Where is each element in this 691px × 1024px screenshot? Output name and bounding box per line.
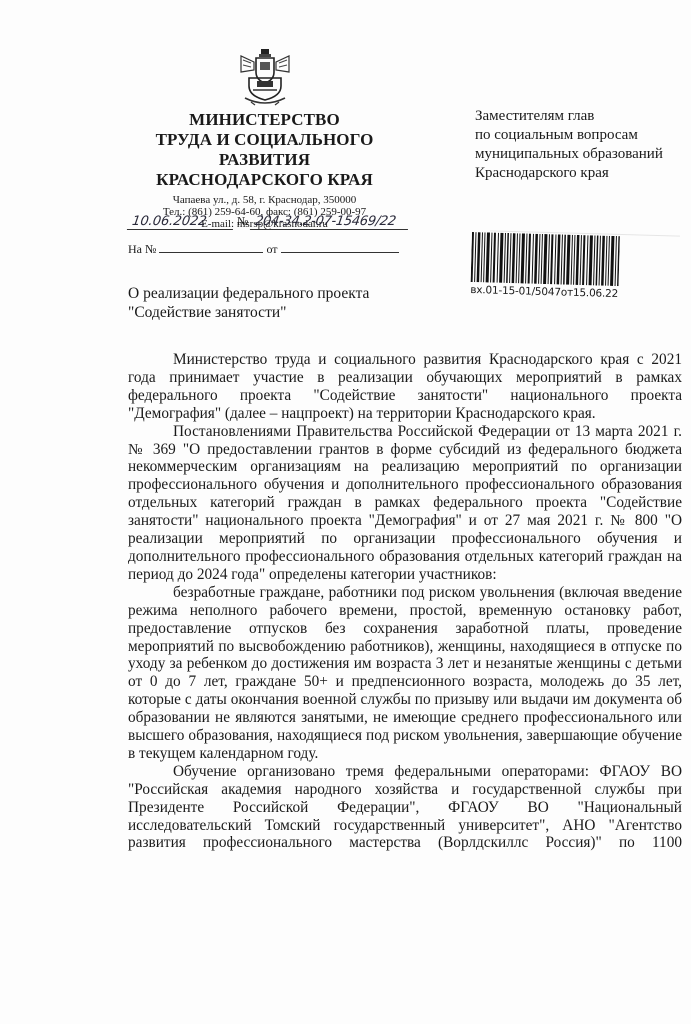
letterhead: МИНИСТЕРСТВО ТРУДА И СОЦИАЛЬНОГО РАЗВИТИ… [112, 48, 417, 230]
incoming-number: вх.01-15-01/5047от15.06.22 [470, 284, 645, 301]
org-name-line: РАЗВИТИЯ [112, 150, 417, 170]
reply-from-label: от [266, 242, 277, 256]
letter-body: Министерство труда и социального развити… [128, 351, 682, 852]
reply-from-blank [281, 242, 399, 253]
subject-line: О реализации федерального проекта [128, 284, 369, 303]
addressee-block: Заместителям глав по социальным вопросам… [475, 107, 663, 183]
subject-line: "Содействие занятости" [128, 303, 369, 322]
reply-to-blank [159, 242, 263, 253]
coat-of-arms-icon [235, 48, 295, 106]
organization-name: МИНИСТЕРСТВО ТРУДА И СОЦИАЛЬНОГО РАЗВИТИ… [112, 110, 417, 190]
addressee-line: по социальным вопросам [475, 126, 663, 145]
barcode-icon [471, 232, 620, 286]
addressee-line: Краснодарского края [475, 164, 663, 183]
org-name-line: ТРУДА И СОЦИАЛЬНОГО [112, 130, 417, 150]
outgoing-date: 10.06.2022 [127, 214, 235, 230]
org-name-line: МИНИСТЕРСТВО [112, 110, 417, 130]
incoming-registration-stamp: вх.01-15-01/5047от15.06.22 [470, 232, 647, 322]
body-paragraph: Министерство труда и социального развити… [128, 351, 682, 423]
registration-line: 10.06.2022 № 204-34.2-07-15469/22 [128, 214, 409, 230]
outgoing-number: 204-34.2-07-15469/22 [250, 214, 410, 230]
body-paragraph: Постановлениями Правительства Российской… [128, 423, 682, 584]
body-paragraph: Обучение организовано тремя федеральными… [128, 763, 682, 853]
number-label: № [237, 214, 248, 228]
reply-to-label: На № [128, 242, 156, 256]
document-page: МИНИСТЕРСТВО ТРУДА И СОЦИАЛЬНОГО РАЗВИТИ… [0, 0, 691, 1024]
addressee-line: муниципальных образований [475, 145, 663, 164]
addressee-line: Заместителям глав [475, 107, 663, 126]
letter-subject: О реализации федерального проекта "Содей… [128, 284, 369, 322]
org-address: Чапаева ул., д. 58, г. Краснодар, 350000 [112, 194, 417, 206]
reply-reference-line: На № от [128, 242, 399, 257]
body-paragraph: безработные граждане, работники под риск… [128, 584, 682, 763]
org-name-line: КРАСНОДАРСКОГО КРАЯ [112, 170, 417, 190]
